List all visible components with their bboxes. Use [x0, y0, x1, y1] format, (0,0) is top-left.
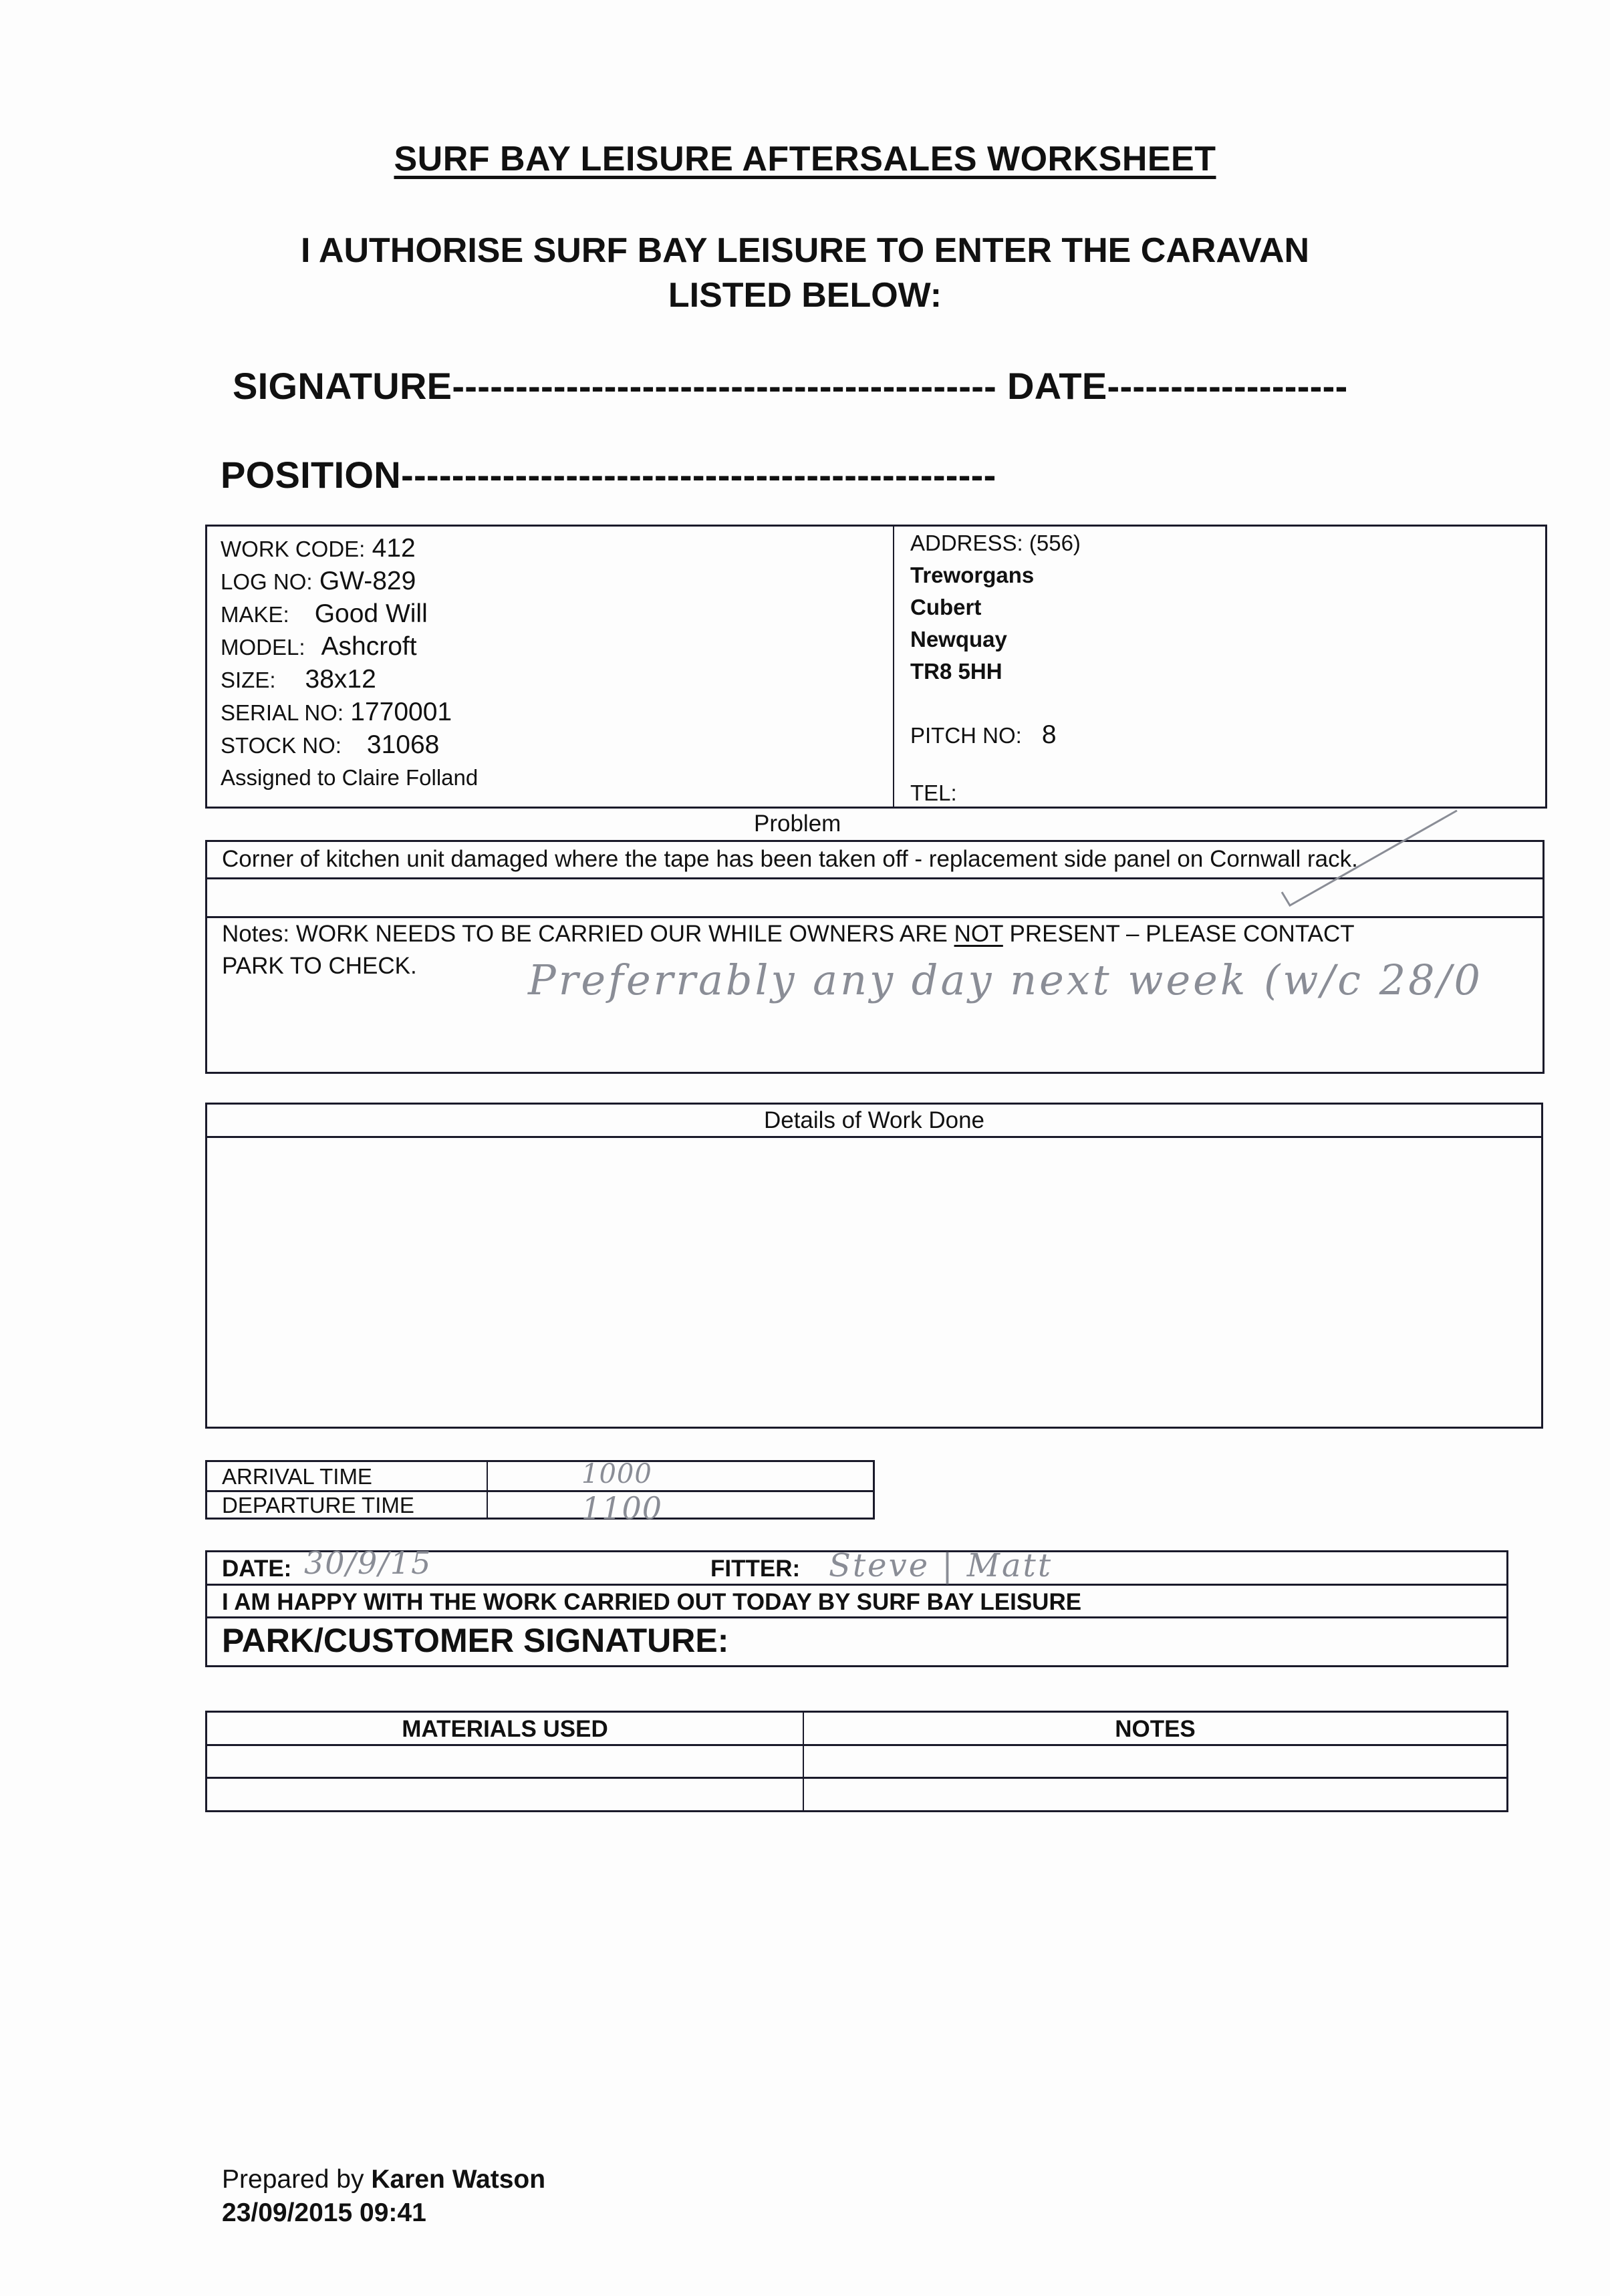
assigned-to: Assigned to Claire Folland — [221, 761, 478, 794]
pitch-no-value: 8 — [1042, 720, 1057, 749]
address-label: ADDRESS: (556) — [910, 531, 1081, 563]
work-code-row: WORK CODE: 412 — [221, 532, 478, 565]
address-line-2: Cubert — [910, 595, 1081, 627]
size-value: 38x12 — [305, 665, 376, 694]
pitch-no-row: PITCH NO:8 — [910, 720, 1057, 750]
notes-emphasis: NOT — [954, 921, 1003, 947]
check-mark-icon — [1270, 805, 1470, 912]
caravan-info-table: WORK CODE: 412 LOG NO: GW-829 MAKE:Good … — [205, 525, 1547, 809]
make-value: Good Will — [315, 599, 428, 628]
tel-row: TEL: — [910, 780, 957, 806]
arrival-time-label: ARRIVAL TIME — [222, 1464, 372, 1489]
model-value: Ashcroft — [321, 632, 417, 661]
log-no-row: LOG NO: GW-829 — [221, 565, 478, 597]
tel-label: TEL: — [910, 780, 957, 805]
address-line-4: TR8 5HH — [910, 659, 1081, 691]
address-line-1: Treworgans — [910, 563, 1081, 595]
signature-label: SIGNATURE — [233, 365, 452, 407]
serial-no-row: SERIAL NO: 1770001 — [221, 696, 478, 728]
materials-row-1-material[interactable] — [207, 1746, 803, 1777]
stock-no-row: STOCK NO:31068 — [221, 728, 478, 761]
materials-table: MATERIALS USED NOTES — [205, 1711, 1508, 1812]
serial-no-value: 1770001 — [350, 698, 452, 726]
make-row: MAKE:Good Will — [221, 597, 478, 630]
signature-line: SIGNATURE-------------------------------… — [233, 364, 1348, 408]
materials-row-1-notes[interactable] — [804, 1746, 1506, 1777]
worksheet-title: SURF BAY LEISURE AFTERSALES WORKSHEET — [0, 139, 1610, 179]
size-row: SIZE:38x12 — [221, 663, 478, 696]
notes-handwritten: Preferrably any day next week (w/c 28/0 — [528, 956, 1483, 1004]
work-done-label: Details of Work Done — [207, 1107, 1541, 1134]
times-table: ARRIVAL TIME DEPARTURE TIME — [205, 1460, 875, 1520]
materials-header: MATERIALS USED — [207, 1716, 803, 1743]
fitter-value[interactable]: Steve | Matt — [829, 1547, 1053, 1584]
position-line: POSITION--------------------------------… — [221, 453, 996, 496]
pitch-no-label: PITCH NO: — [910, 723, 1022, 748]
notes-line-2: PARK TO CHECK. — [222, 953, 417, 980]
departure-time-label: DEPARTURE TIME — [222, 1493, 414, 1518]
departure-time-value[interactable]: 1100 — [581, 1490, 662, 1526]
customer-signature-field[interactable] — [842, 1619, 1500, 1663]
position-label: POSITION — [221, 454, 401, 496]
stock-no-value: 31068 — [367, 730, 439, 759]
prepared-by: Prepared by Karen Watson — [222, 2165, 545, 2194]
materials-row-2-notes[interactable] — [804, 1779, 1506, 1810]
date-label: DATE — [1007, 365, 1107, 407]
work-done-field[interactable] — [214, 1142, 1534, 1420]
materials-row-2-material[interactable] — [207, 1779, 803, 1810]
problem-description: Corner of kitchen unit damaged where the… — [222, 846, 1358, 873]
model-row: MODEL:Ashcroft — [221, 630, 478, 663]
signoff-date-value[interactable]: 30/9/15 — [304, 1545, 432, 1581]
prepared-by-name: Karen Watson — [371, 2165, 545, 2194]
arrival-time-value[interactable]: 1000 — [581, 1459, 652, 1489]
notes-line-1: Notes: WORK NEEDS TO BE CARRIED OUR WHIL… — [222, 921, 1355, 948]
caravan-details: WORK CODE: 412 LOG NO: GW-829 MAKE:Good … — [221, 532, 478, 794]
prepared-by-label: Prepared by — [222, 2165, 364, 2194]
materials-notes-header: NOTES — [804, 1716, 1506, 1743]
authorisation-line-1: I AUTHORISE SURF BAY LEISURE TO ENTER TH… — [0, 231, 1610, 271]
work-done-table: Details of Work Done — [205, 1103, 1543, 1429]
problem-label: Problem — [754, 811, 841, 837]
date-field[interactable]: ------------------- — [1107, 365, 1348, 407]
prepared-timestamp: 23/09/2015 09:41 — [222, 2198, 426, 2228]
fitter-label: FITTER: — [710, 1556, 800, 1582]
happy-statement: I AM HAPPY WITH THE WORK CARRIED OUT TOD… — [222, 1589, 1081, 1616]
signoff-date-label: DATE: — [222, 1556, 291, 1582]
address-line-3: Newquay — [910, 627, 1081, 659]
address-details: ADDRESS: (556) Treworgans Cubert Newquay… — [910, 531, 1081, 691]
customer-signature-label: PARK/CUSTOMER SIGNATURE: — [222, 1621, 728, 1660]
work-code-value: 412 — [372, 534, 416, 563]
authorisation-line-2: LISTED BELOW: — [0, 275, 1610, 315]
log-no-value: GW-829 — [319, 567, 416, 595]
position-field[interactable]: ----------------------------------------… — [401, 454, 996, 496]
signature-field[interactable]: ----------------------------------------… — [452, 365, 996, 407]
